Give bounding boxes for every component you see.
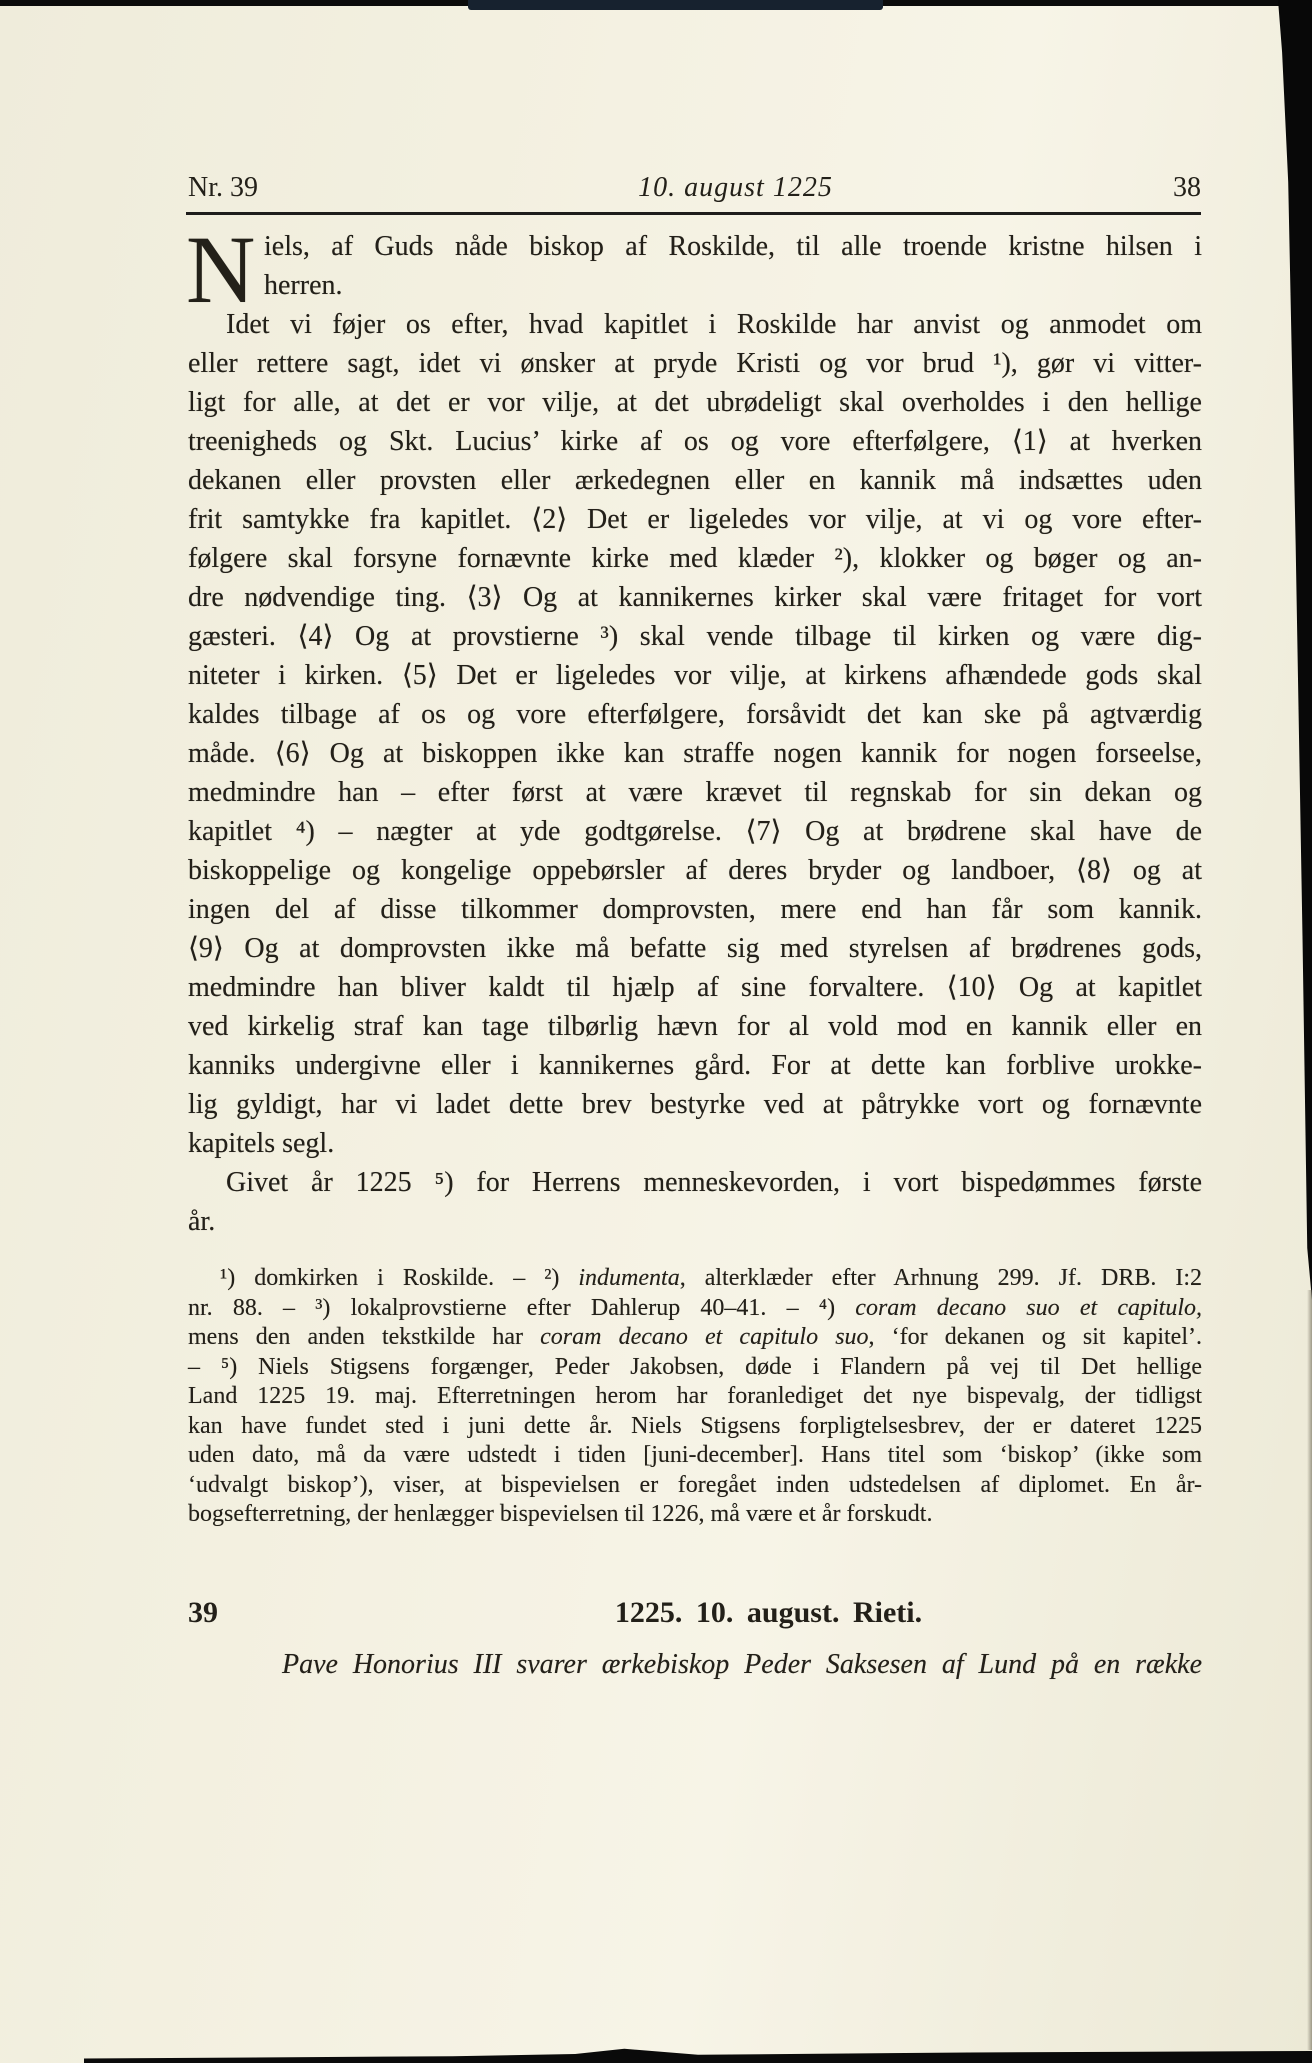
next-entry-date-place: 1225. 10. august. Rieti. [188,1596,1312,1630]
body-line-text: kaldes tilbage af os og vore efterfølger… [188,699,1202,730]
footnote-line: bogsefterretning, der henlægger bispevie… [188,1500,1202,1530]
scan-bottom-edge [84,2048,1312,2063]
footnote-line-italic-segment: indumenta [578,1265,679,1291]
body-line: medmindre han – efter først at være kræv… [188,773,1202,812]
footnote-line-italic-segment: coram decano et capitulo suo [540,1324,868,1350]
body-line-text: medmindre han – efter først at være kræv… [188,777,1202,808]
body-line: år. [188,1202,1202,1241]
body-line: eller rettere sagt, idet vi ønsker at pr… [188,344,1202,383]
footnote-line: nr. 88. – ³) lokalprovstierne efter Dahl… [188,1294,1202,1324]
body-line-text: treenigheds og Skt. Lucius’ kirke af os … [188,426,1202,457]
body-line-text: dre nødvendige ting. ⟨3⟩ Og at kannikern… [188,582,1202,613]
footnote-line: ‘udvalgt biskop’), viser, at bispevielse… [188,1471,1202,1501]
body-line: gæsteri. ⟨4⟩ Og at provstierne ³) skal v… [188,617,1202,656]
body-line: kapitlet ⁴) – nægter at yde godtgørelse.… [188,812,1202,851]
body-line-text: Givet år 1225 ⁵) for Herrens menneskevor… [226,1167,1202,1198]
body-line-text: Idet vi føjer os efter, hvad kapitlet i … [226,309,1202,340]
footnote-line-text: , ‘for dekanen og sit kapitel’. [869,1324,1202,1350]
body-line-text: kapitels segl. [188,1128,334,1159]
body-line: Givet år 1225 ⁵) for Herrens menneskevor… [188,1163,1202,1202]
body-line-text: år. [188,1206,215,1237]
body-line-text: lig gyldigt, har vi ladet dette brev bes… [188,1089,1202,1120]
footnotes: ¹) domkirken i Roskilde. – ²) indumenta,… [188,1264,1202,1530]
body-line: følgere skal forsyne fornævnte kirke med… [188,539,1202,578]
footnote-line-text: uden dato, må da være udstedt i tiden [j… [188,1442,1202,1468]
body-line: ligt for alle, at det er vor vilje, at d… [188,383,1202,422]
footnote-line-text: bogsefterretning, der henlægger bispevie… [188,1501,932,1527]
body-line: ⟨9⟩ Og at domprovsten ikke må befatte si… [188,929,1202,968]
next-entry-heading: 39 1225. 10. august. Rieti. [188,1596,1201,1632]
body-line-text: frit samtykke fra kapitlet. ⟨2⟩ Det er l… [188,504,1202,535]
header-rule [186,212,1201,215]
footnote-line-text: ¹) domkirken i Roskilde. – ²) [220,1265,578,1291]
body-line: Idet vi føjer os efter, hvad kapitlet i … [188,305,1202,344]
scan-top-edge-accent [468,0,883,10]
body-line-text: ligt for alle, at det er vor vilje, at d… [188,387,1202,418]
body-line-text: eller rettere sagt, idet vi ønsker at pr… [188,348,1202,379]
body-line: medmindre han bliver kaldt til hjælp af … [188,968,1202,1007]
footnote-line: uden dato, må da være udstedt i tiden [j… [188,1441,1202,1471]
body-line: dekanen eller provsten eller ærkedegnen … [188,461,1202,500]
body-line: kapitels segl. [188,1124,1202,1163]
body-line: treenigheds og Skt. Lucius’ kirke af os … [188,422,1202,461]
scan-right-edge-shadow [1307,1290,1312,2050]
body-line-text: følgere skal forsyne fornævnte kirke med… [188,543,1202,574]
body-line: kaldes tilbage af os og vore efterfølger… [188,695,1202,734]
footnote-line-text: Land 1225 19. maj. Efterretningen herom … [188,1383,1202,1409]
footnote-line-text: nr. 88. – ³) lokalprovstierne efter Dahl… [188,1295,855,1321]
running-header: Nr. 39 10. august 1225 38 [188,172,1201,206]
body-line: herren. [188,266,1202,305]
footnote-line-text: mens den anden tekstkilde har [188,1324,540,1350]
scan-right-edge [1278,0,1312,1300]
footnote-line-text: kan have fundet sted i juni dette år. Ni… [188,1413,1202,1439]
body-line: kanniks undergivne eller i kannikernes g… [188,1046,1202,1085]
footnote-line-text: ‘udvalgt biskop’), viser, at bispevielse… [188,1472,1202,1498]
body-line-text: herren. [264,270,343,301]
drop-cap: N [186,222,255,318]
body-line-text: ingen del af disse tilkommer domprovsten… [188,894,1202,925]
body-line-text: biskoppelige og kongelige oppebørsler af… [188,855,1202,886]
body-line: lig gyldigt, har vi ladet dette brev bes… [188,1085,1202,1124]
footnote-line-text: , alterklæder efter Arhnung 299. Jf. DRB… [680,1265,1202,1291]
body-line: måde. ⟨6⟩ Og at biskoppen ikke kan straf… [188,734,1202,773]
footnote-line-italic-segment: coram decano suo et capitulo, [855,1295,1202,1321]
body-line-text: måde. ⟨6⟩ Og at biskoppen ikke kan straf… [188,738,1202,769]
body-line: niteter i kirken. ⟨5⟩ Det er ligeledes v… [188,656,1202,695]
footnote-line: mens den anden tekstkilde har coram deca… [188,1323,1202,1353]
footnote-line-text: – ⁵) Niels Stigsens forgænger, Peder Jak… [188,1354,1202,1380]
next-entry-lead: Pave Honorius III svarer ærkebiskop Pede… [188,1645,1202,1684]
running-head-date: 10. august 1225 [188,172,1283,204]
body-line: dre nødvendige ting. ⟨3⟩ Og at kannikern… [188,578,1202,617]
page-number: 38 [1173,172,1201,204]
footnote-line: kan have fundet sted i juni dette år. Ni… [188,1412,1202,1442]
body-line: iels, af Guds nåde biskop af Roskilde, t… [188,227,1202,266]
body-line: frit samtykke fra kapitlet. ⟨2⟩ Det er l… [188,500,1202,539]
document-body: N iels, af Guds nåde biskop af Roskilde,… [188,227,1202,1241]
body-line: ingen del af disse tilkommer domprovsten… [188,890,1202,929]
body-line: biskoppelige og kongelige oppebørsler af… [188,851,1202,890]
body-line-text: niteter i kirken. ⟨5⟩ Det er ligeledes v… [188,660,1202,691]
body-line-text: gæsteri. ⟨4⟩ Og at provstierne ³) skal v… [188,621,1202,652]
footnote-line: ¹) domkirken i Roskilde. – ²) indumenta,… [188,1264,1202,1294]
scanned-document-page: Nr. 39 10. august 1225 38 N iels, af Gud… [0,0,1312,2063]
body-line-text: ⟨9⟩ Og at domprovsten ikke må befatte si… [188,933,1202,964]
body-line-text: ved kirkelig straf kan tage tilbørlig hæ… [188,1011,1202,1042]
body-line: ved kirkelig straf kan tage tilbørlig hæ… [188,1007,1202,1046]
body-line-text: dekanen eller provsten eller ærkedegnen … [188,465,1202,496]
body-line-text: kanniks undergivne eller i kannikernes g… [188,1050,1202,1081]
body-line-text: iels, af Guds nåde biskop af Roskilde, t… [264,231,1202,262]
footnote-line: Land 1225 19. maj. Efterretningen herom … [188,1382,1202,1412]
footnote-line: – ⁵) Niels Stigsens forgænger, Peder Jak… [188,1353,1202,1383]
body-line-text: medmindre han bliver kaldt til hjælp af … [188,972,1202,1003]
body-line-text: kapitlet ⁴) – nægter at yde godtgørelse.… [188,816,1202,847]
